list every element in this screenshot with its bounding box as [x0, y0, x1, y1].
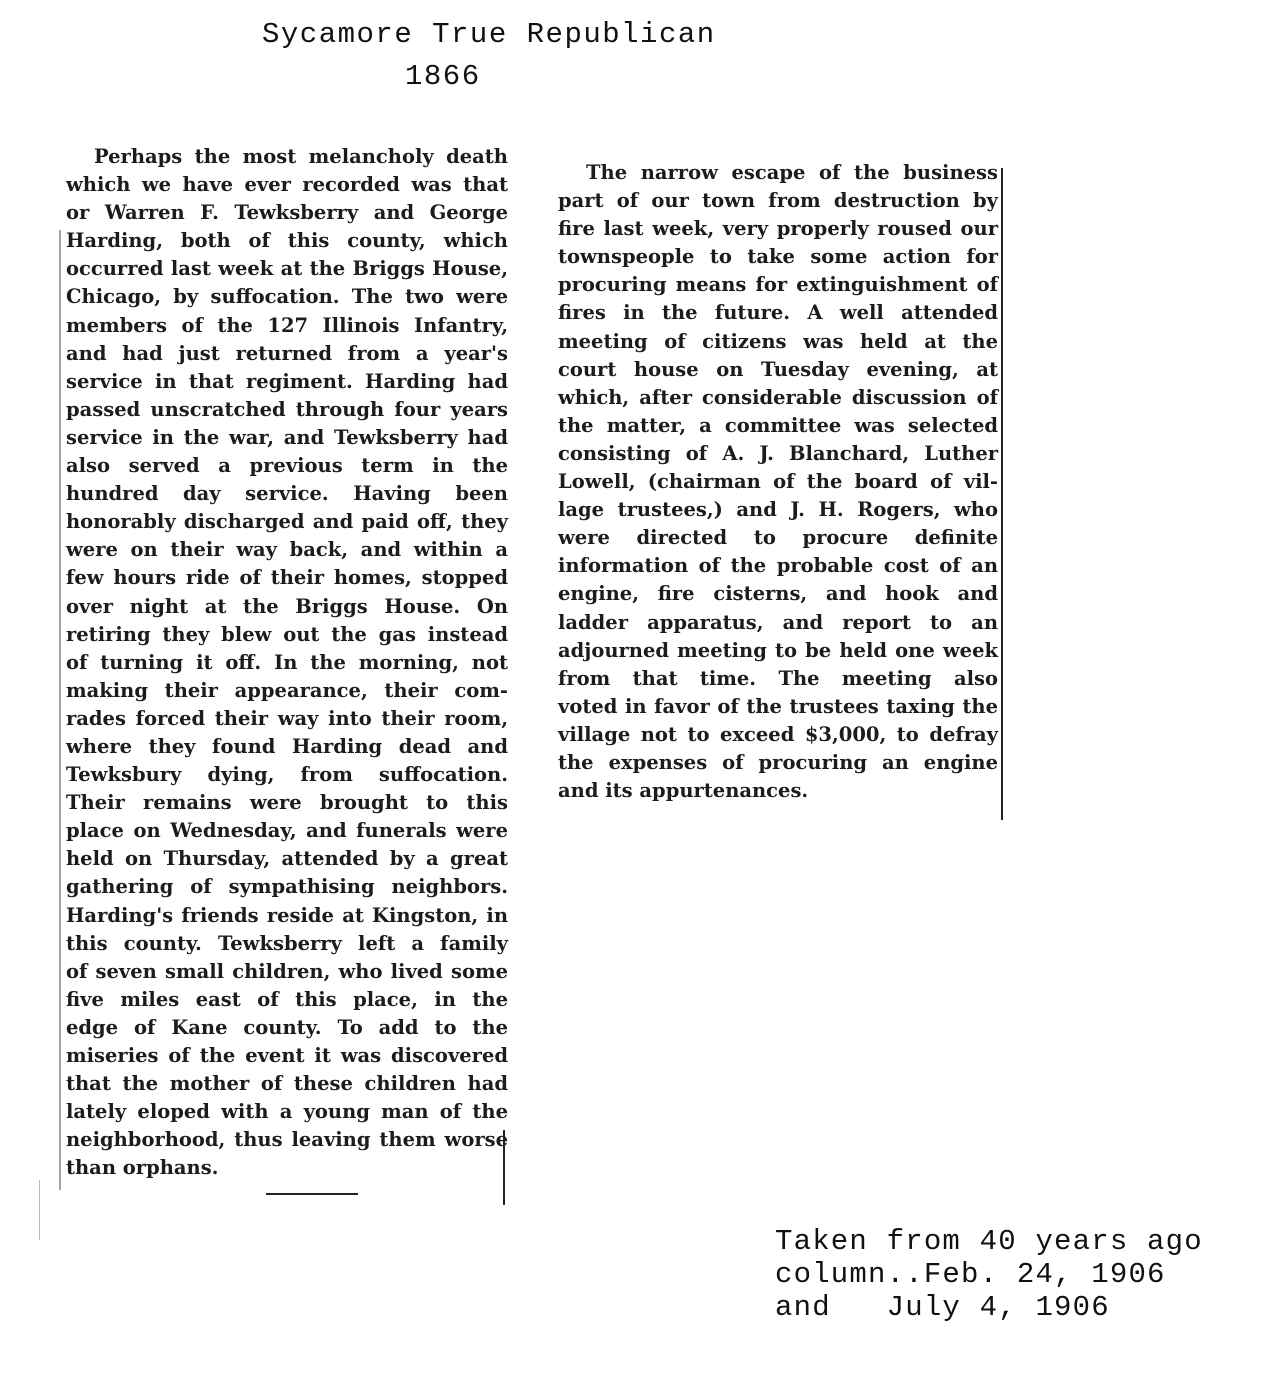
article-line: which, after considerable discussion of [558, 384, 998, 412]
article-line: passed unscratched through four years [66, 396, 508, 424]
article-line: lage trustees,) and J. H. Rogers, who [558, 496, 998, 524]
article-line: neighborhood, thus leaving them worse [66, 1126, 508, 1154]
article-line: miseries of the event it was discovered [66, 1042, 508, 1070]
article-line: which we have ever recorded was that [66, 171, 508, 199]
article-line: than orphans. [66, 1154, 508, 1182]
article-suffocation-death: Perhaps the most melancholy deathwhich w… [66, 143, 508, 1182]
source-note-line: Taken from 40 years ago [775, 1225, 1203, 1258]
article-line: hundred day service. Having been [66, 480, 508, 508]
column-edge-line-left-lower [39, 1180, 40, 1240]
article-line: engine, fire cisterns, and hook and [558, 580, 998, 608]
article-line: part of our town from destruction by [558, 187, 998, 215]
article-line: townspeople to take some action for [558, 243, 998, 271]
article-line: making their appearance, their com- [66, 677, 508, 705]
column-divider-right [1001, 168, 1003, 820]
article-line: The narrow escape of the business [558, 159, 998, 187]
article-line: place on Wednesday, and funerals were [66, 817, 508, 845]
article-line: the matter, a committee was selected [558, 412, 998, 440]
article-line: rades forced their way into their room, [66, 705, 508, 733]
article-line: honorably discharged and paid off, they [66, 508, 508, 536]
article-line: retiring they blew out the gas instead [66, 621, 508, 649]
article-line: voted in favor of the trustees taxing th… [558, 693, 998, 721]
article-line: Perhaps the most melancholy death [66, 143, 508, 171]
article-line: from that time. The meeting also [558, 665, 998, 693]
article-line: meeting of citizens was held at the [558, 328, 998, 356]
article-line: fires in the future. A well attended [558, 299, 998, 327]
article-line: where they found Harding dead and [66, 733, 508, 761]
article-line: Chicago, by suffocation. The two were [66, 283, 508, 311]
article-fire-committee: The narrow escape of the businesspart of… [558, 159, 998, 805]
article-line: of seven small children, who lived some [66, 958, 508, 986]
article-line: edge of Kane county. To add to the [66, 1014, 508, 1042]
article-line: court house on Tuesday evening, at [558, 356, 998, 384]
newspaper-title: Sycamore True Republican [262, 18, 716, 51]
article-line: the expenses of procuring an engine [558, 749, 998, 777]
article-end-rule [266, 1193, 358, 1195]
article-line: Harding, both of this county, which [66, 227, 508, 255]
article-line: of turning it off. In the morning, not [66, 649, 508, 677]
article-line: that the mother of these children had [66, 1070, 508, 1098]
article-line: fire last week, very properly roused our [558, 215, 998, 243]
article-line: held on Thursday, attended by a great [66, 845, 508, 873]
article-line: this county. Tewksberry left a family [66, 930, 508, 958]
source-note-line: and July 4, 1906 [775, 1291, 1203, 1324]
article-line: Their remains were brought to this [66, 789, 508, 817]
source-note: Taken from 40 years agocolumn..Feb. 24, … [775, 1225, 1203, 1324]
article-line: procuring means for extinguishment of [558, 271, 998, 299]
article-line: village not to exceed $3,000, to defray [558, 721, 998, 749]
article-line: were on their way back, and within a [66, 536, 508, 564]
column-edge-line-left [59, 230, 61, 1190]
article-line: gathering of sympathising neighbors. [66, 873, 508, 901]
article-line: information of the probable cost of an [558, 552, 998, 580]
article-line: consisting of A. J. Blanchard, Luther [558, 440, 998, 468]
article-line: five miles east of this place, in the [66, 986, 508, 1014]
article-line: and had just returned from a year's [66, 340, 508, 368]
article-line: adjourned meeting to be held one week [558, 637, 998, 665]
article-line: lately eloped with a young man of the [66, 1098, 508, 1126]
article-line: over night at the Briggs House. On [66, 593, 508, 621]
article-line: ladder apparatus, and report to an [558, 609, 998, 637]
article-line: Harding's friends reside at Kingston, in [66, 902, 508, 930]
article-line: or Warren F. Tewksberry and George [66, 199, 508, 227]
article-line: also served a previous term in the [66, 452, 508, 480]
article-line: Lowell, (chairman of the board of vil- [558, 468, 998, 496]
source-note-line: column..Feb. 24, 1906 [775, 1258, 1203, 1291]
column-divider-mid [503, 1130, 505, 1205]
article-line: and its appurtenances. [558, 777, 998, 805]
article-line: service in the war, and Tewksberry had [66, 424, 508, 452]
article-line: few hours ride of their homes, stopped [66, 564, 508, 592]
article-line: were directed to procure definite [558, 524, 998, 552]
article-line: Tewksbury dying, from suffocation. [66, 761, 508, 789]
article-line: members of the 127 Illinois Infantry, [66, 312, 508, 340]
article-line: occurred last week at the Briggs House, [66, 255, 508, 283]
publication-year: 1866 [405, 60, 481, 93]
article-line: service in that regiment. Harding had [66, 368, 508, 396]
